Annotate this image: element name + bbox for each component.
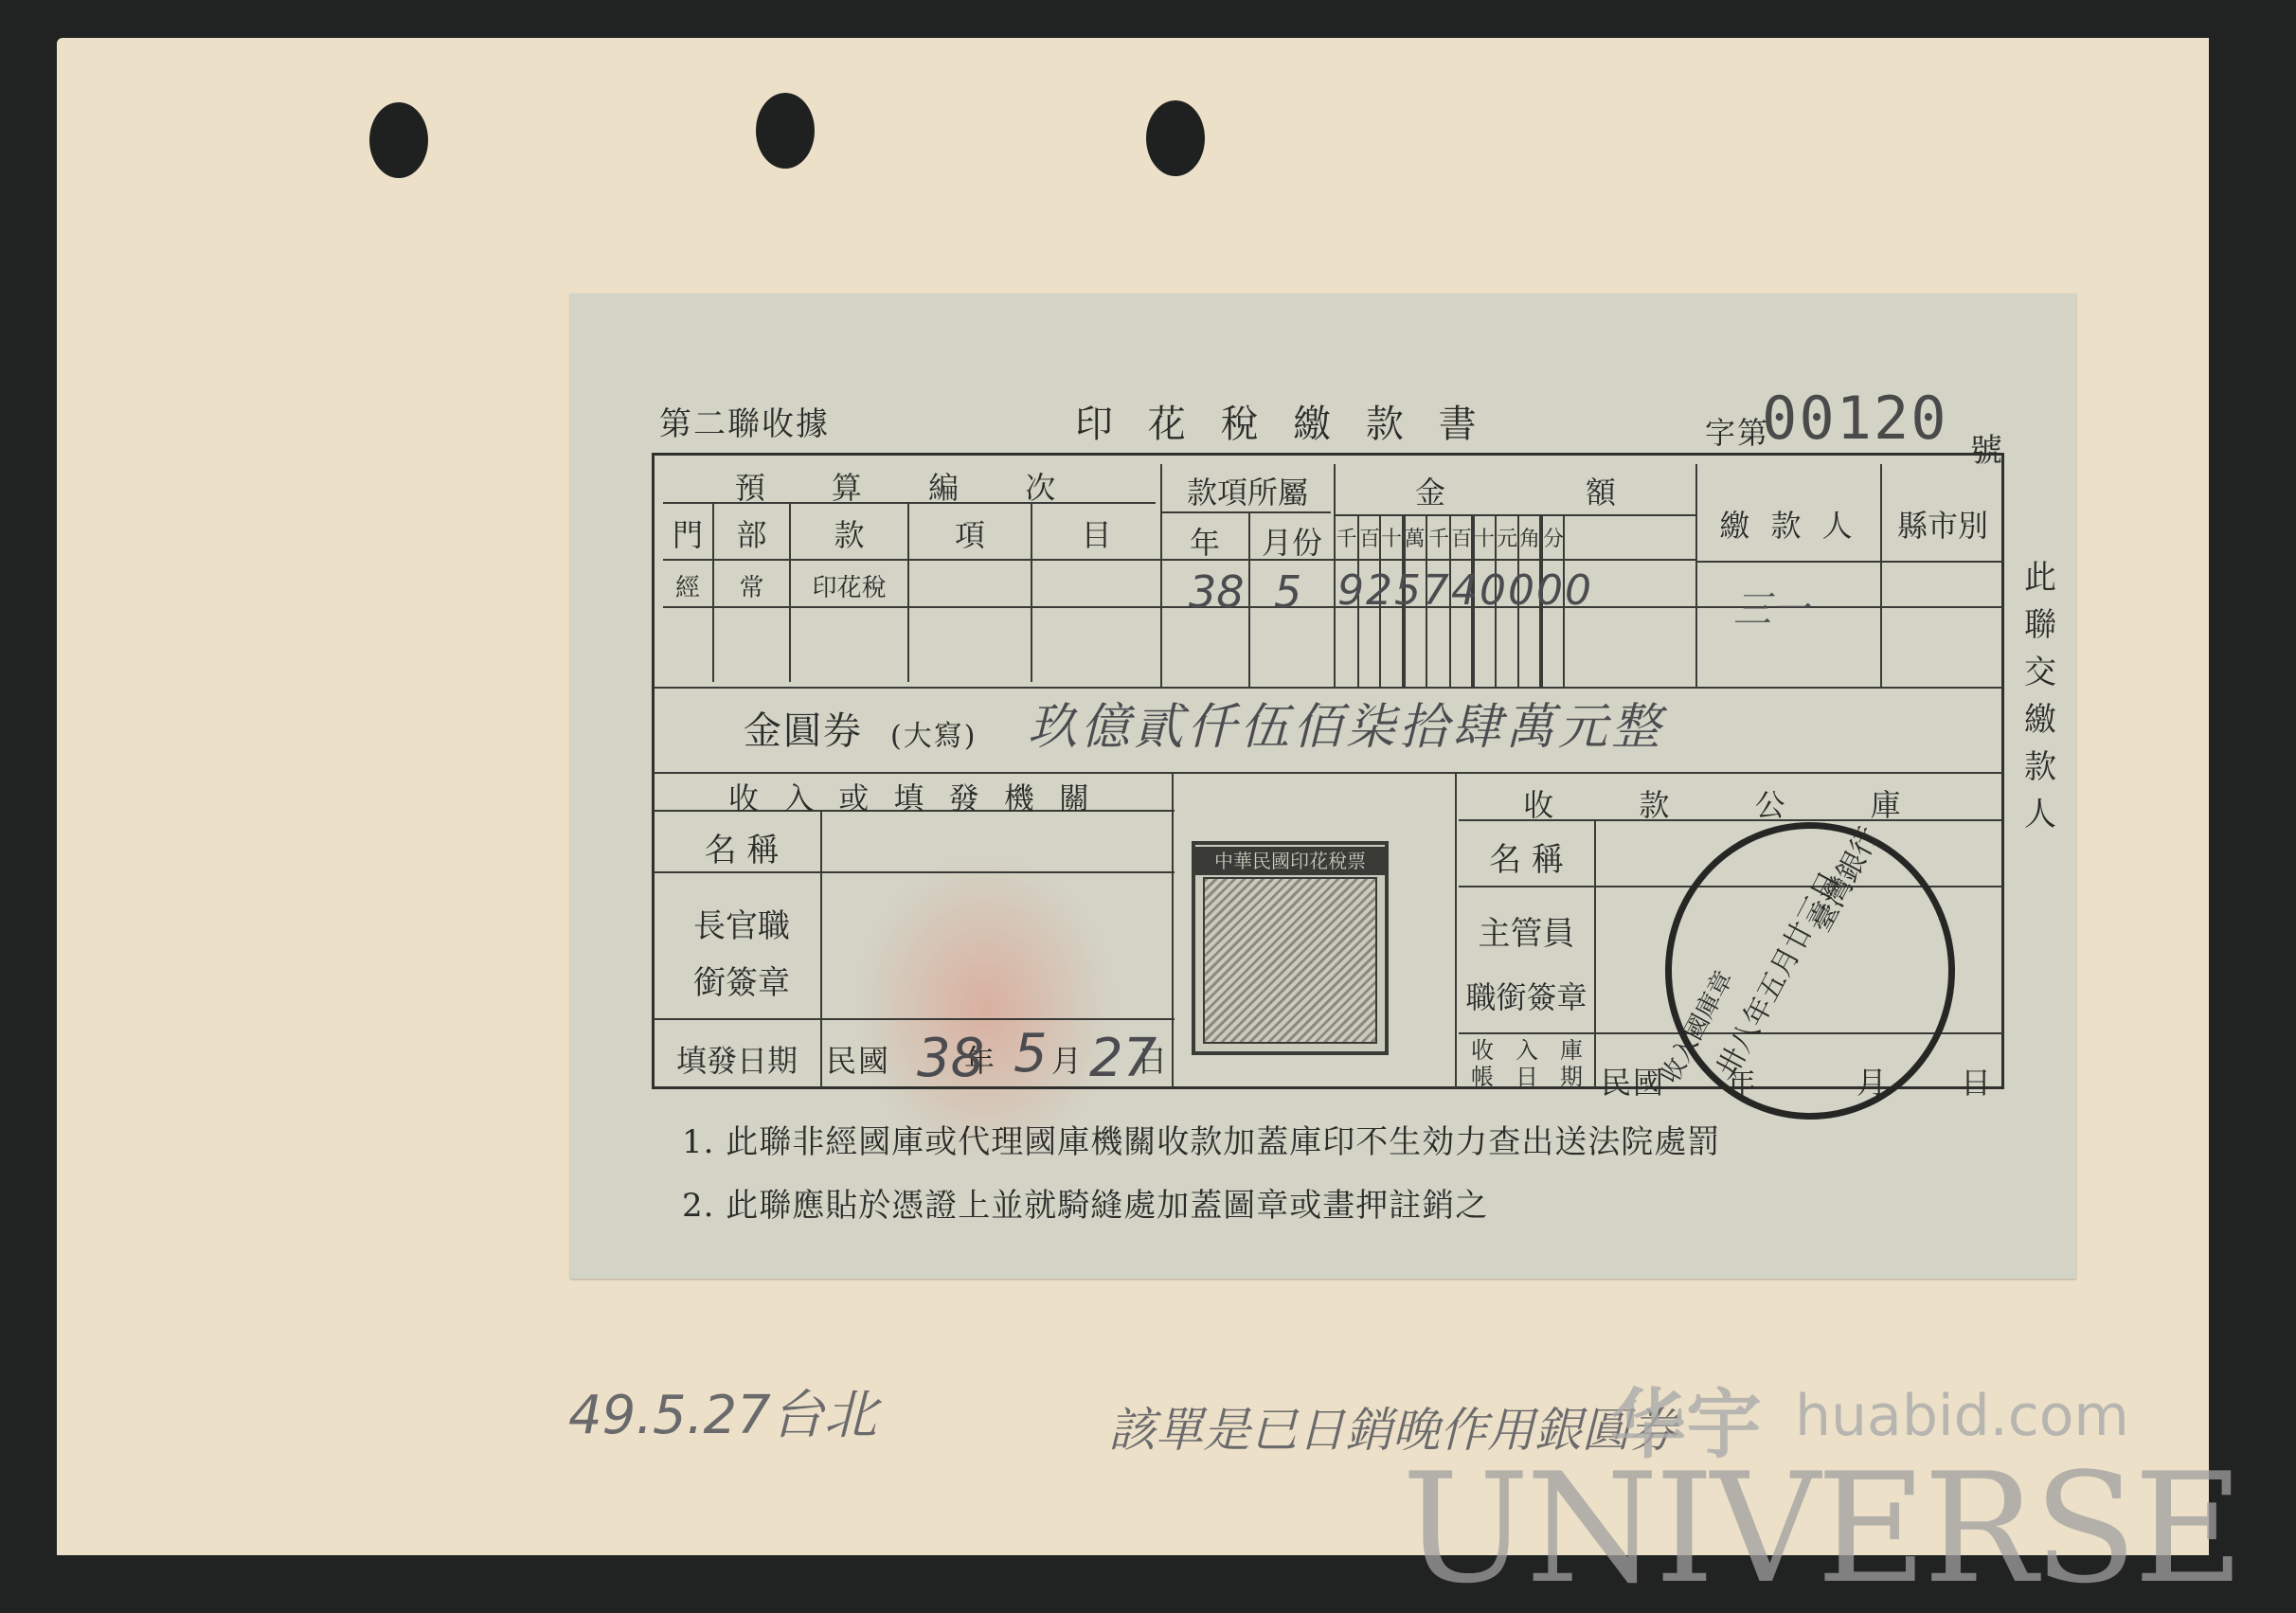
treasury-date-day-label: 日	[1961, 1059, 1993, 1102]
county-header: 縣市別	[1882, 502, 2003, 546]
budget-value-bu: 常	[714, 568, 789, 603]
amount-col-4: 千	[1428, 523, 1449, 552]
written-amount-value: 玖億貳仟伍佰柒拾肆萬元整	[1028, 687, 1664, 758]
amount-col-0: 千	[1336, 523, 1357, 552]
written-amount-label: 金圓券	[744, 701, 863, 755]
written-amount-sublabel: (大寫)	[890, 712, 977, 754]
period-col-month: 月份	[1250, 519, 1334, 563]
handwritten-month: 5	[1274, 566, 1301, 618]
budget-col-bu: 部	[714, 511, 789, 555]
revenue-stamp: 中華民國印花稅票	[1192, 841, 1389, 1055]
pencil-annotation-left: 49.5.27台北	[568, 1373, 877, 1449]
amount-header-left: 金	[1402, 469, 1459, 512]
serial-number: 00120	[1762, 384, 1948, 453]
budget-col-mu: 目	[1032, 511, 1160, 555]
amount-col-1: 百	[1359, 523, 1379, 552]
issuer-name-label: 名 稱	[663, 824, 820, 870]
amount-col-2: 十	[1381, 523, 1402, 552]
budget-value-kuan: 印花稅	[791, 568, 907, 603]
revenue-stamp-caption: 中華民國印花稅票	[1195, 847, 1385, 875]
issuer-header: 收 入 或 填 發 機 關	[654, 775, 1172, 818]
serial-prefix: 字第	[1705, 409, 1769, 453]
handwritten-issue-day: 27	[1089, 1028, 1157, 1089]
budget-col-kuan: 款	[791, 511, 907, 555]
note-1: 1. 此聯非經國庫或代理國庫機關收款加蓋庫印不生効力查出送法院處罰	[682, 1116, 1720, 1162]
note-2: 2. 此聯應貼於憑證上並就騎縫處加蓋圖章或畫押註銷之	[682, 1179, 1488, 1226]
issue-date-era: 民國	[826, 1037, 890, 1081]
punch-hole	[756, 93, 815, 169]
amount-col-9: 分	[1542, 523, 1565, 552]
handwritten-year: 38	[1189, 566, 1245, 618]
treasury-name-label: 名 稱	[1459, 833, 1594, 880]
amount-col-7: 元	[1497, 523, 1517, 552]
issue-date-label: 填發日期	[654, 1037, 820, 1081]
budget-col-xiang: 項	[909, 511, 1031, 555]
watermark-brand: UNIVERSE	[1402, 1440, 2240, 1613]
period-col-year: 年	[1162, 519, 1247, 563]
amount-header-right: 額	[1572, 469, 1629, 512]
revenue-stamp-image	[1203, 877, 1377, 1044]
amount-col-6: 十	[1474, 523, 1495, 552]
issue-date-month-label: 月	[1051, 1037, 1084, 1081]
period-header: 款項所屬	[1162, 469, 1333, 512]
entry-label-1: 收帳	[1463, 1037, 1501, 1090]
copy-label: 第二聯收據	[659, 398, 830, 444]
punch-hole	[369, 102, 428, 178]
handwritten-amount: 925740000	[1337, 566, 1593, 615]
amount-col-8: 角	[1519, 523, 1539, 552]
entry-label-3: 庫期	[1552, 1037, 1590, 1090]
payer-value: 三一	[1733, 580, 1809, 634]
treasury-officer-label-2: 職銜簽章	[1459, 974, 1594, 1017]
issuer-official-label-1: 長官職	[663, 900, 820, 946]
budget-value-men: 經	[663, 568, 712, 603]
document-title: 印 花 稅 繳 款 書	[1075, 394, 1488, 448]
treasury-header: 收 款 公 庫	[1459, 781, 2003, 825]
treasury-postmark: 臺灣銀行 卅八年五月廿三日 收入國庫章	[1665, 822, 1955, 1120]
treasury-officer-label-1: 主管員	[1459, 907, 1594, 954]
side-note-vertical: 此聯交繳款人	[2021, 554, 2059, 838]
payer-header: 繳 款 人	[1697, 502, 1880, 546]
issuer-official-label-2: 銜簽章	[663, 957, 820, 1003]
budget-col-men: 門	[663, 511, 712, 555]
punch-hole	[1146, 100, 1205, 176]
amount-col-5: 百	[1451, 523, 1471, 552]
budget-header: 預 算 編 次	[663, 464, 1156, 508]
handwritten-issue-month: 5	[1013, 1023, 1048, 1084]
amount-col-3: 萬	[1404, 523, 1426, 552]
entry-label-2: 入日	[1508, 1037, 1546, 1090]
handwritten-issue-year: 38	[917, 1028, 984, 1089]
